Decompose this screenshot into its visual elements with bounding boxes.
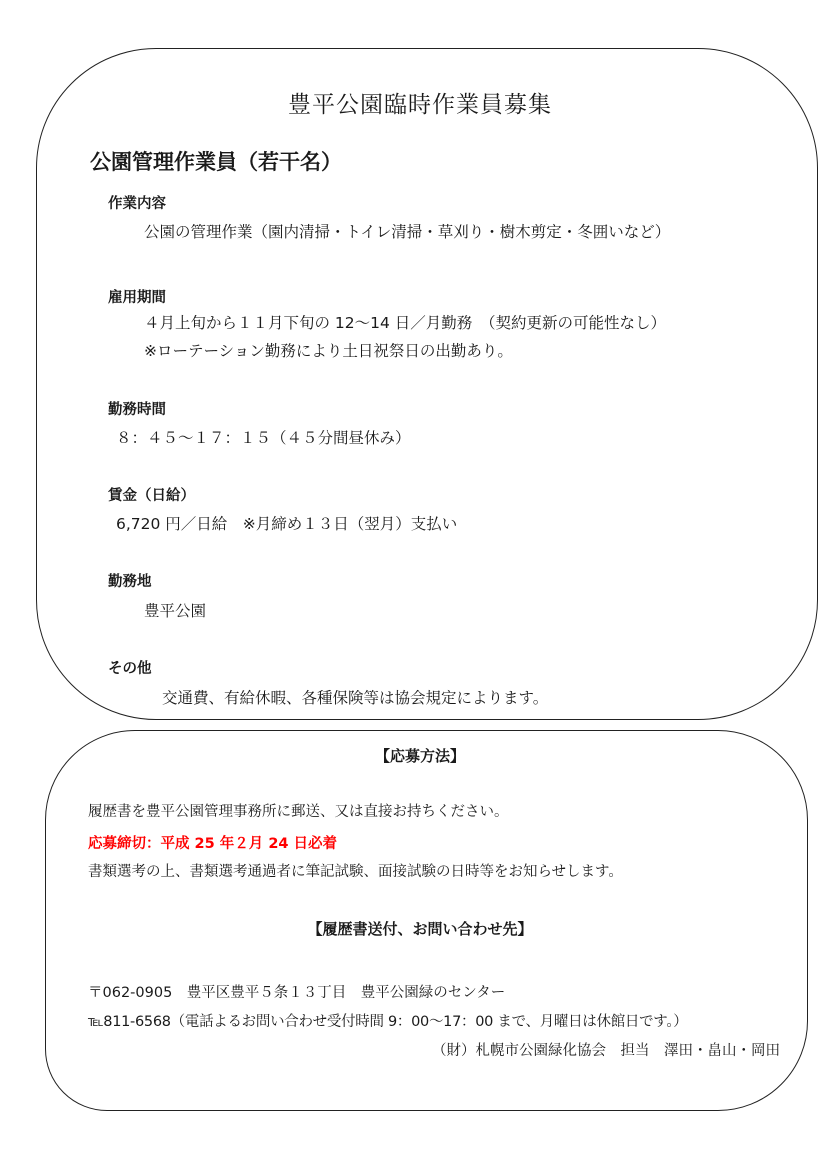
section-text-employment-period: ４月上旬から１１月下旬の 12～14 日／月勤務 （契約更新の可能性なし） xyxy=(144,311,666,333)
section-heading-work-content: 作業内容 xyxy=(108,192,166,213)
application-deadline: 応募締切：平成 25 年２月 24 日必着 xyxy=(88,832,337,853)
section-heading-wage: 賃金（日給） xyxy=(108,484,195,505)
section-heading-other: その他 xyxy=(108,657,152,678)
section-heading-employment-period: 雇用期間 xyxy=(108,286,166,307)
contact-phone: ℡811-6568（電話よるお問い合わせ受付時間 9：00～17：00 まで、月… xyxy=(88,1010,687,1031)
contact-address: 〒062-0905 豊平区豊平５条１３丁目 豊平公園緑のセンター xyxy=(88,981,505,1002)
section-heading-work-location: 勤務地 xyxy=(108,570,152,591)
application-instructions: 履歴書を豊平公園管理事務所に郵送、又は直接お持ちください。 xyxy=(88,800,509,821)
section-text-working-hours: ８：４５～１７：１５（４５分間昼休み） xyxy=(116,426,411,448)
section-text-work-content: 公園の管理作業（園内清掃・トイレ清掃・草刈り・樹木剪定・冬囲いなど） xyxy=(144,220,670,242)
section-heading-working-hours: 勤務時間 xyxy=(108,398,166,419)
section-text-work-location: 豊平公園 xyxy=(144,599,206,621)
application-heading: 【応募方法】 xyxy=(0,745,840,766)
section-text-other: 交通費、有給休暇、各種保険等は協会規定によります。 xyxy=(162,686,548,708)
contact-organization: （財）札幌市公園緑化協会 担当 澤田・畠山・岡田 xyxy=(432,1039,780,1060)
section-text-wage: 6,720 円／日給 ※月締め１３日（翌月）支払い xyxy=(116,512,457,534)
section-note-rotation: ※ローテーション勤務により土日祝祭日の出勤あり。 xyxy=(144,339,513,361)
page-title: 豊平公園臨時作業員募集 xyxy=(0,86,840,119)
selection-process: 書類選考の上、書類選考通過者に筆記試験、面接試験の日時等をお知らせします。 xyxy=(88,860,623,881)
job-title: 公園管理作業員（若干名） xyxy=(90,146,342,176)
contact-heading: 【履歴書送付、お問い合わせ先】 xyxy=(0,918,840,939)
